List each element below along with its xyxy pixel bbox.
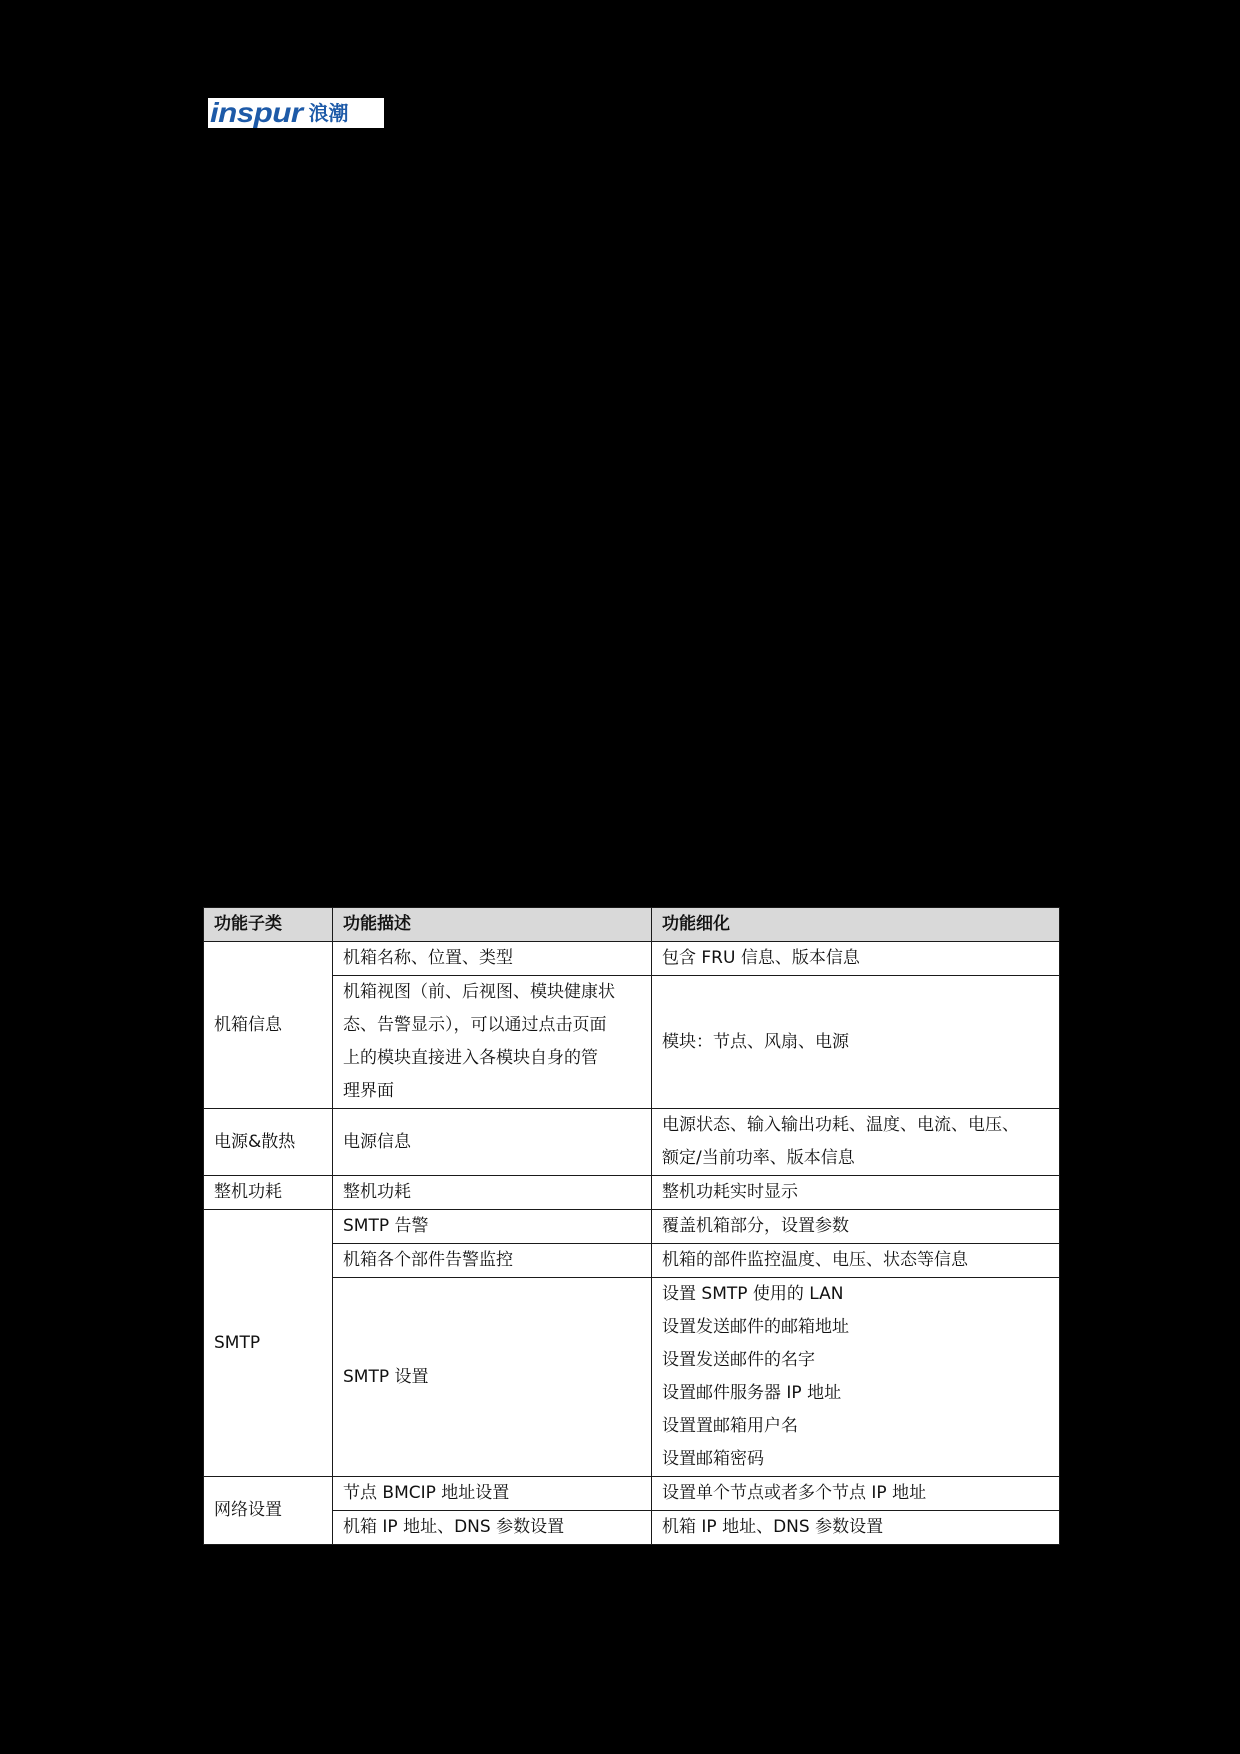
details-cell: 机箱 IP 地址、DNS 参数设置 [652, 1511, 1060, 1545]
table-row: 机箱各个部件告警监控 机箱的部件监控温度、电压、状态等信息 [204, 1244, 1060, 1278]
logo-cjk-text: 浪潮 [309, 98, 349, 128]
table-row: 电源&散热 电源信息 电源状态、输入输出功耗、温度、电流、电压、 额定/当前功率… [204, 1109, 1060, 1176]
table-row: SMTP 设置 设置 SMTP 使用的 LAN 设置发送邮件的邮箱地址 设置发送… [204, 1278, 1060, 1477]
description-cell: 机箱各个部件告警监控 [333, 1244, 652, 1278]
details-cell: 设置单个节点或者多个节点 IP 地址 [652, 1477, 1060, 1511]
category-cell: SMTP [204, 1210, 333, 1477]
column-header-category: 功能子类 [204, 908, 333, 942]
table-row: 机箱视图（前、后视图、模块健康状 态、告警显示），可以通过点击页面 上的模块直接… [204, 976, 1060, 1109]
category-cell: 机箱信息 [204, 942, 333, 1109]
description-cell: 整机功耗 [333, 1176, 652, 1210]
description-cell: 机箱 IP 地址、DNS 参数设置 [333, 1511, 652, 1545]
table-row: 机箱信息 机箱名称、位置、类型 包含 FRU 信息、版本信息 [204, 942, 1060, 976]
table-row: SMTP SMTP 告警 覆盖机箱部分，设置参数 [204, 1210, 1060, 1244]
inspur-logo: inspur 浪潮 [208, 98, 384, 128]
table-row: 整机功耗 整机功耗 整机功耗实时显示 [204, 1176, 1060, 1210]
details-cell: 模块：节点、风扇、电源 [652, 976, 1060, 1109]
details-cell: 电源状态、输入输出功耗、温度、电流、电压、 额定/当前功率、版本信息 [652, 1109, 1060, 1176]
category-cell: 网络设置 [204, 1477, 333, 1545]
details-cell: 整机功耗实时显示 [652, 1176, 1060, 1210]
details-cell: 覆盖机箱部分，设置参数 [652, 1210, 1060, 1244]
description-cell: 机箱视图（前、后视图、模块健康状 态、告警显示），可以通过点击页面 上的模块直接… [333, 976, 652, 1109]
description-cell: 节点 BMCIP 地址设置 [333, 1477, 652, 1511]
description-cell: 机箱名称、位置、类型 [333, 942, 652, 976]
table-row: 机箱 IP 地址、DNS 参数设置 机箱 IP 地址、DNS 参数设置 [204, 1511, 1060, 1545]
details-cell: 机箱的部件监控温度、电压、状态等信息 [652, 1244, 1060, 1278]
feature-table: 功能子类 功能描述 功能细化 机箱信息 机箱名称、位置、类型 包含 FRU 信息… [203, 907, 1060, 1545]
category-cell: 整机功耗 [204, 1176, 333, 1210]
details-cell: 设置 SMTP 使用的 LAN 设置发送邮件的邮箱地址 设置发送邮件的名字 设置… [652, 1278, 1060, 1477]
description-cell: SMTP 设置 [333, 1278, 652, 1477]
description-cell: SMTP 告警 [333, 1210, 652, 1244]
table-header-row: 功能子类 功能描述 功能细化 [204, 908, 1060, 942]
logo-latin-text: inspur [210, 98, 302, 128]
category-cell: 电源&散热 [204, 1109, 333, 1176]
column-header-description: 功能描述 [333, 908, 652, 942]
column-header-details: 功能细化 [652, 908, 1060, 942]
description-cell: 电源信息 [333, 1109, 652, 1176]
details-cell: 包含 FRU 信息、版本信息 [652, 942, 1060, 976]
table-row: 网络设置 节点 BMCIP 地址设置 设置单个节点或者多个节点 IP 地址 [204, 1477, 1060, 1511]
